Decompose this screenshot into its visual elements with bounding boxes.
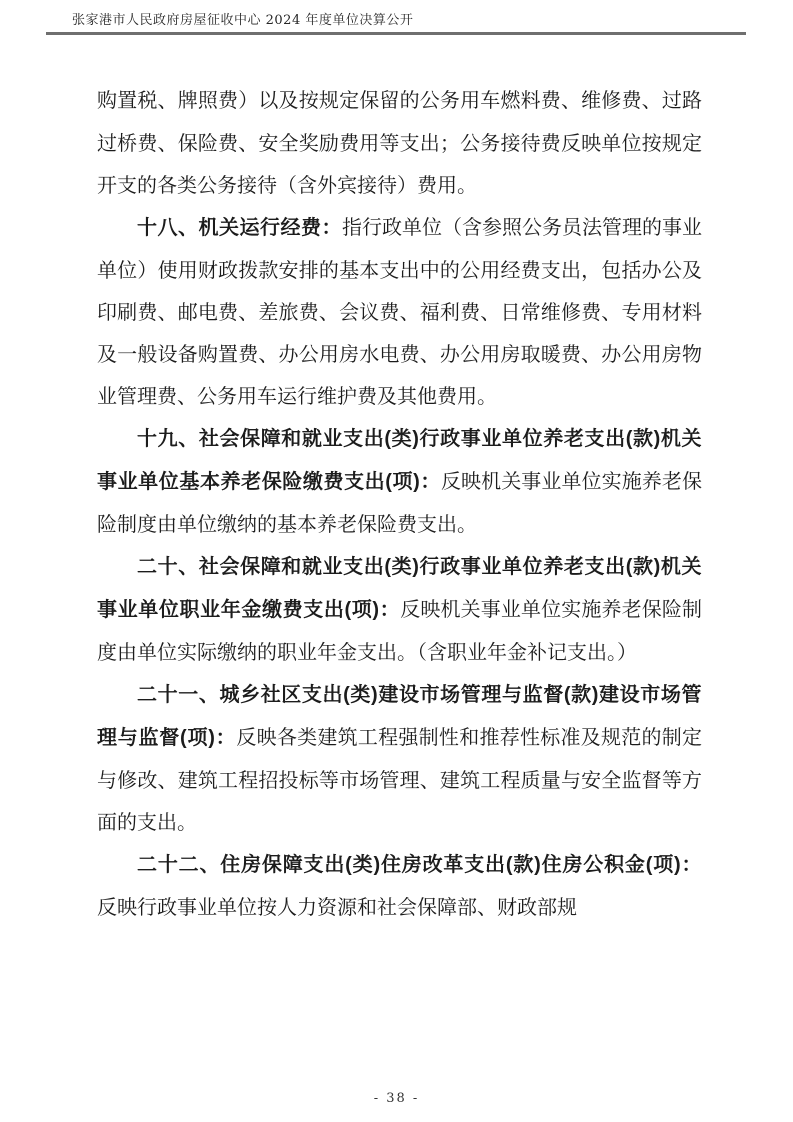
document-body: 购置税、牌照费）以及按规定保留的公务用车燃料费、维修费、过路过桥费、保险费、安全… (97, 79, 702, 928)
paragraph-text: 反映行政事业单位按人力资源和社会保障部、财政部规 (97, 895, 577, 919)
paragraph-lead: 二十二、住房保障支出(类)住房改革支出(款)住房公积金(项)： (137, 854, 702, 876)
page-number: - 38 - (374, 1091, 420, 1106)
paragraph-text: 指行政单位（含参照公务员法管理的事业单位）使用财政拨款安排的基本支出中的公用经费… (97, 215, 702, 408)
paragraph-lead: 十八、机关运行经费： (137, 217, 342, 239)
paragraph-19: 十九、社会保障和就业支出(类)行政事业单位养老支出(款)机关事业单位基本养老保险… (97, 417, 702, 545)
page-header: 张家港市人民政府房屋征收中心 2024 年度单位决算公开 (46, 0, 746, 35)
paragraph-21: 二十一、城乡社区支出(类)建设市场管理与监督(款)建设市场管理与监督(项)：反映… (97, 673, 702, 843)
document-page: 张家港市人民政府房屋征收中心 2024 年度单位决算公开 购置税、牌照费）以及按… (0, 0, 793, 1122)
header-title: 张家港市人民政府房屋征收中心 2024 年度单位决算公开 (72, 13, 413, 28)
paragraph-continuation: 购置税、牌照费）以及按规定保留的公务用车燃料费、维修费、过路过桥费、保险费、安全… (97, 79, 702, 206)
page-footer: - 38 - (0, 1091, 793, 1106)
paragraph-20: 二十、社会保障和就业支出(类)行政事业单位养老支出(款)机关事业单位职业年金缴费… (97, 545, 702, 673)
paragraph-text: 购置税、牌照费）以及按规定保留的公务用车燃料费、维修费、过路过桥费、保险费、安全… (97, 88, 702, 197)
paragraph-22: 二十二、住房保障支出(类)住房改革支出(款)住房公积金(项)：反映行政事业单位按… (97, 843, 702, 928)
paragraph-18: 十八、机关运行经费：指行政单位（含参照公务员法管理的事业单位）使用财政拨款安排的… (97, 206, 702, 417)
